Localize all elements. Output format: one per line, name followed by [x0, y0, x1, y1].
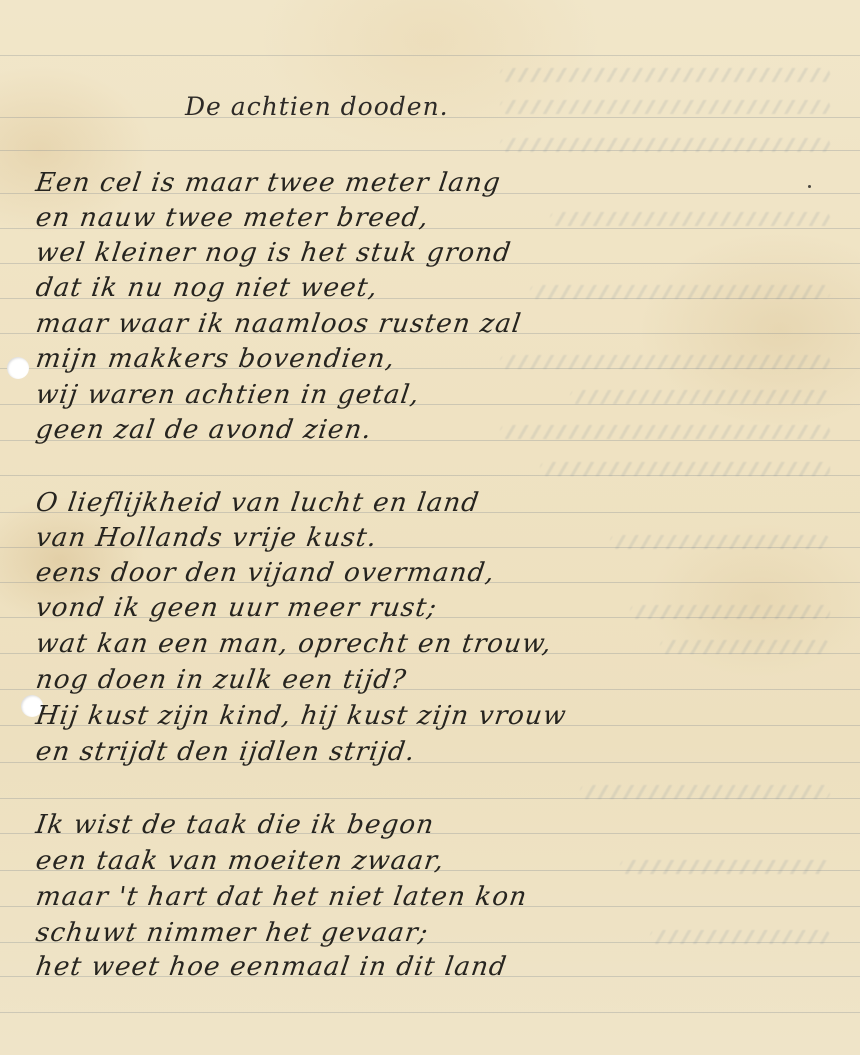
reverse-ink-bleed	[570, 390, 830, 404]
ink-dot	[808, 185, 811, 188]
reverse-ink-bleed	[580, 785, 830, 799]
reverse-ink-bleed	[540, 462, 830, 476]
manuscript-page: De achtien dooden. Een cel is maar twee …	[0, 0, 860, 1055]
poem-line: een taak van moeiten zwaar,	[34, 846, 447, 876]
reverse-ink-bleed	[650, 930, 830, 944]
reverse-ink-bleed	[620, 860, 830, 874]
poem-line: schuwt nimmer het gevaar;	[34, 918, 431, 948]
poem-line: nog doen in zulk een tijd?	[34, 665, 409, 695]
poem-title: De achtien dooden.	[185, 92, 449, 121]
poem-line: vond ik geen uur meer rust;	[34, 593, 439, 623]
poem-line: wij waren achtien in getal,	[34, 380, 422, 410]
reverse-ink-bleed	[530, 285, 830, 299]
poem-line: wel kleiner nog is het stuk grond	[34, 238, 513, 268]
poem-line: en strijdt den ijdlen strijd.	[34, 737, 418, 767]
ruled-line	[0, 1012, 860, 1013]
punch-hole	[7, 357, 29, 379]
poem-line: het weet hoe eenmaal in dit land	[34, 952, 509, 982]
reverse-ink-bleed	[500, 138, 830, 152]
poem-line: geen zal de avond zien.	[34, 415, 374, 445]
reverse-ink-bleed	[610, 535, 830, 549]
poem-line: en nauw twee meter breed,	[34, 203, 431, 233]
reverse-ink-bleed	[500, 68, 830, 82]
reverse-ink-bleed	[660, 640, 830, 654]
reverse-ink-bleed	[500, 425, 830, 439]
ruled-line	[0, 55, 860, 56]
reverse-ink-bleed	[500, 100, 830, 114]
reverse-ink-bleed	[630, 605, 830, 619]
poem-line: dat ik nu nog niet weet,	[34, 273, 380, 303]
poem-line: eens door den vijand overmand,	[34, 558, 497, 588]
poem-line: Een cel is maar twee meter lang	[34, 168, 503, 198]
poem-line: maar 't hart dat het niet laten kon	[34, 882, 529, 912]
poem-line: O lieflijkheid van lucht en land	[34, 488, 482, 518]
reverse-ink-bleed	[550, 212, 830, 226]
poem-line: mijn makkers bovendien,	[34, 344, 397, 374]
poem-line: maar waar ik naamloos rusten zal	[34, 309, 524, 339]
poem-line: van Hollands vrije kust.	[34, 523, 379, 553]
poem-line: Ik wist de taak die ik begon	[34, 810, 437, 840]
poem-line: Hij kust zijn kind, hij kust zijn vrouw	[34, 701, 569, 731]
reverse-ink-bleed	[500, 355, 830, 369]
poem-line: wat kan een man, oprecht en trouw,	[34, 629, 554, 659]
